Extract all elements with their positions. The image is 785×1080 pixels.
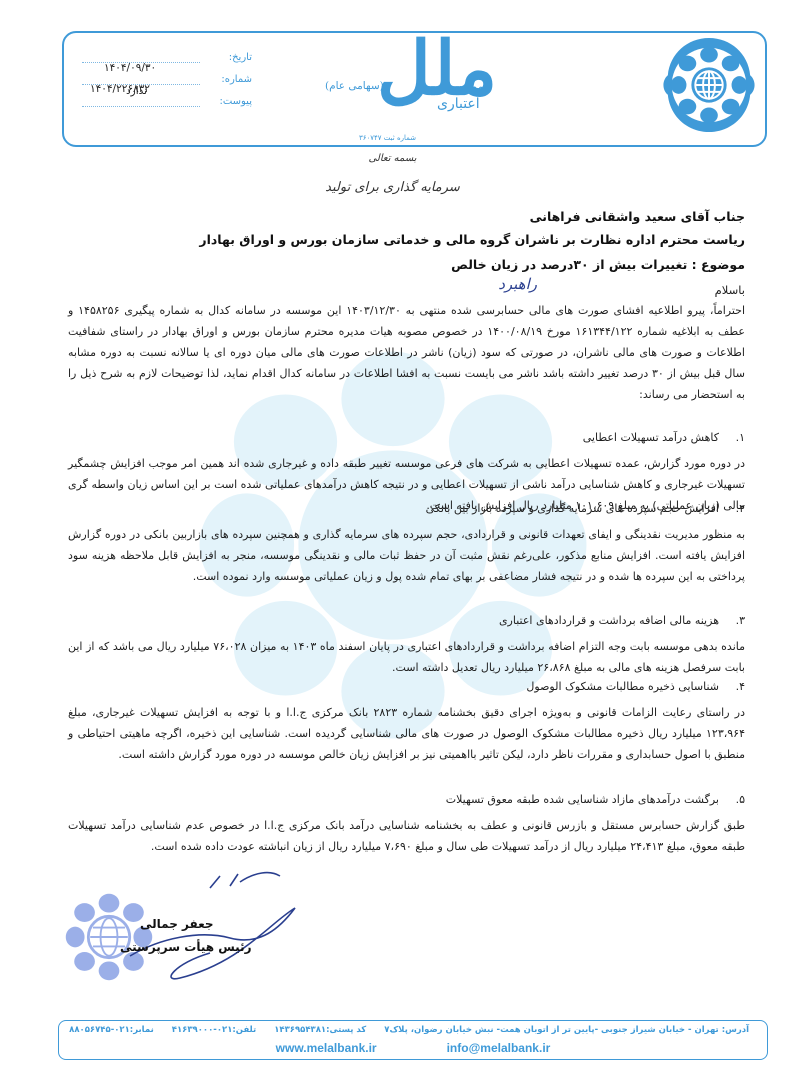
- item-number: ۴.: [719, 680, 745, 693]
- footer-phone: تلفن:۰۲۱-۴۱۶۳۹۰۰۰: [172, 1025, 256, 1035]
- footer-address: آدرس: تهران - خیابان شیراز جنوبی -پایین …: [384, 1025, 749, 1035]
- date-row: تاریخ:: [82, 42, 252, 63]
- item-title: ۴.شناسایی ذخیره مطالبات مشکوک الوصول: [526, 680, 745, 693]
- item-number: ۲.: [719, 502, 745, 515]
- logo-company-type: (سهامی عام): [325, 80, 384, 92]
- item-title: ۳.هزینه مالی اضافه برداشت و قراردادهای ا…: [499, 614, 745, 627]
- item-title: ۱.کاهش درآمد تسهیلات اعطایی: [583, 431, 745, 444]
- slogan-line: سرمایه گذاری برای تولید: [0, 180, 785, 195]
- item-title-text: هزینه مالی اضافه برداشت و قراردادهای اعت…: [499, 614, 719, 627]
- item-paragraph: طبق گزارش حسابرس مستقل و بازرس قانونی و …: [68, 815, 745, 857]
- item-number: ۱.: [719, 431, 745, 444]
- footer-web-line: www.melalbank.ir info@melalbank.ir: [59, 1041, 767, 1055]
- item-paragraph: مانده بدهی موسسه بابت وجه التزام اضافه ب…: [68, 636, 745, 678]
- footer-fax: نمابر:۰۲۱-۸۸۰۵۶۷۴۵: [69, 1025, 154, 1035]
- item-title: ۵.برگشت درآمدهای مازاد شناسایی شده طبقه …: [446, 793, 745, 806]
- signatory-name: جعفر جمالی: [140, 917, 214, 931]
- item-paragraph: در راستای رعایت الزامات قانونی و بەویژه …: [68, 702, 745, 765]
- letter-meta: تاریخ: شماره: پیوست: ندارد ۱۴۰۴/۰۹/۳۰ ۱۴…: [82, 42, 252, 107]
- signatory-title: رئیس هیأت سرپرستی: [120, 940, 252, 954]
- item-title-text: برگشت درآمدهای مازاد شناسایی شده طبقه مع…: [446, 793, 719, 806]
- recipient-position: ریاست محترم اداره نظارت بر ناشران گروه م…: [199, 232, 745, 247]
- footer-postal-code: کد پستی:۱۴۳۶۹۵۴۳۸۱: [274, 1025, 366, 1035]
- institution-logo: ملل موسسه اعتباری (سهامی عام) شماره ثبت …: [325, 30, 485, 150]
- date-value: ۱۴۰۴/۰۹/۳۰: [104, 62, 156, 74]
- footer-email-link[interactable]: info@melalbank.ir: [447, 1041, 551, 1055]
- flower-globe-emblem-icon: [660, 36, 758, 134]
- footer-frame: آدرس: تهران - خیابان شیراز جنوبی -پایین …: [58, 1020, 768, 1060]
- logo-line2: اعتباری: [437, 96, 480, 112]
- recipient-name: جناب آقای سعید واشقانی فراهانی: [530, 209, 745, 224]
- invocation-line: بسمه تعالی: [0, 153, 785, 164]
- item-title-text: کاهش درآمد تسهیلات اعطایی: [583, 431, 719, 444]
- attachment-label: پیوست:: [202, 96, 252, 107]
- footer-website-link[interactable]: www.melalbank.ir: [276, 1041, 377, 1055]
- handwritten-note: راهبرد: [498, 275, 537, 293]
- number-value: ۱۴۰۴/۲۲۶۸۳۲: [90, 83, 150, 95]
- item-paragraph: به منظور مدیریت نقدینگی و ایفای تعهدات ق…: [68, 524, 745, 587]
- number-label: شماره:: [202, 74, 252, 85]
- item-title-text: شناسایی ذخیره مطالبات مشکوک الوصول: [526, 680, 719, 693]
- letter-page: تاریخ: شماره: پیوست: ندارد ۱۴۰۴/۰۹/۳۰ ۱۴…: [0, 0, 785, 1080]
- logo-line1: موسسه: [447, 80, 484, 93]
- letter-subject: موضوع : تغییرات بیش از ۳۰درصد در زیان خا…: [451, 257, 745, 272]
- registration-number: شماره ثبت ۳۶۰۷۴۷: [359, 134, 416, 142]
- item-number: ۵.: [719, 793, 745, 806]
- item-number: ۳.: [719, 614, 745, 627]
- item-title-text: افزایش حجم سپرده های سرمایه گذاری و سپرد…: [426, 502, 719, 515]
- intro-paragraph: احتراماً، پیرو اطلاعیه افشای صورت های ما…: [68, 300, 745, 405]
- item-title: ۲.افزایش حجم سپرده های سرمایه گذاری و سپ…: [426, 502, 745, 515]
- logo-wordmark: ملل: [377, 32, 497, 106]
- date-label: تاریخ:: [202, 52, 252, 63]
- greeting: باسلام: [715, 283, 745, 297]
- footer-contact-line: آدرس: تهران - خیابان شیراز جنوبی -پایین …: [69, 1025, 749, 1035]
